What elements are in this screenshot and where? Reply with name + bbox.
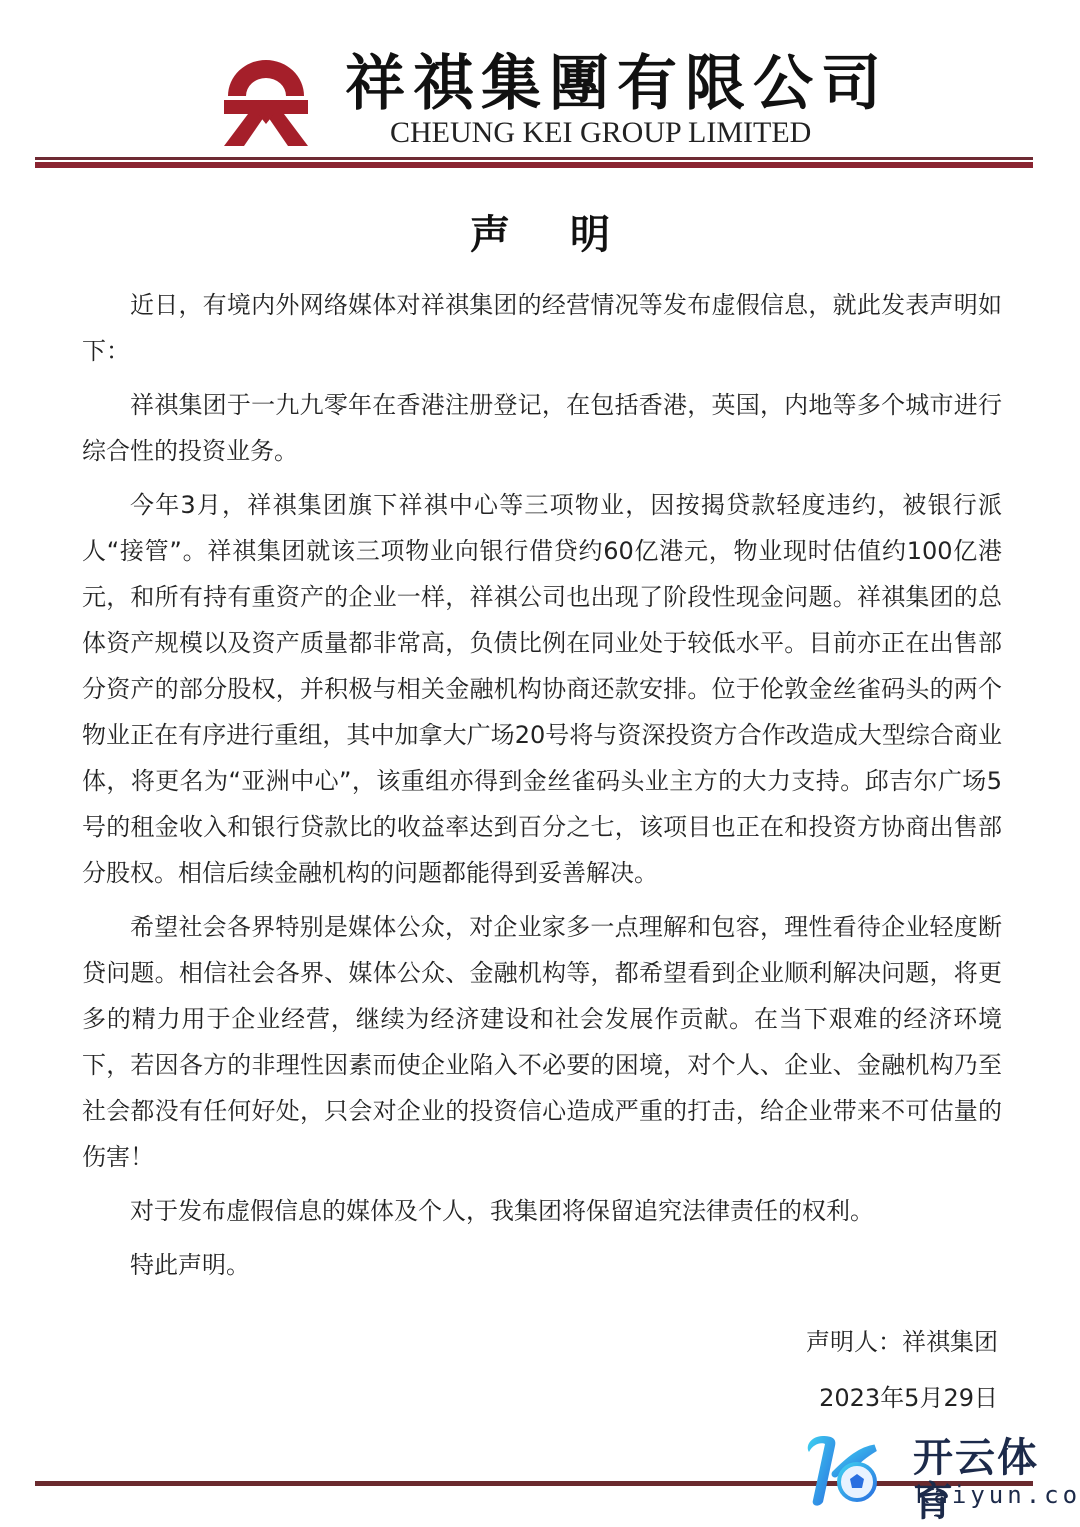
cheung-kei-logo-icon [218, 58, 314, 148]
watermark-name-cn: 开云体育 [913, 1436, 1075, 1524]
watermark-domain: kaiyun.com [915, 1482, 1080, 1508]
document-body: 近日，有境内外网络媒体对祥祺集团的经营情况等发布虚假信息，就此发表声明如下： 祥… [82, 282, 1002, 1296]
paragraph-background: 祥祺集团于一九九零年在香港注册登记，在包括香港，英国，内地等多个城市进行综合性的… [82, 382, 1002, 474]
paragraph-legal: 对于发布虚假信息的媒体及个人，我集团将保留追究法律责任的权利。 [82, 1188, 1002, 1234]
kaiyun-k-football-icon [795, 1430, 885, 1510]
paragraph-intro: 近日，有境内外网络媒体对祥祺集团的经营情况等发布虚假信息，就此发表声明如下： [82, 282, 1002, 374]
company-name-en: CHEUNG KEI GROUP LIMITED [390, 116, 811, 150]
watermark: 开云体育 kaiyun.com [795, 1430, 1075, 1510]
letterhead: 祥祺集團有限公司 CHEUNG KEI GROUP LIMITED [0, 0, 1080, 180]
document-title: 声明 [0, 205, 1080, 265]
header-divider-thin [35, 157, 1033, 160]
header-divider-thick [35, 162, 1033, 168]
company-name-cn: 祥祺集團有限公司 [345, 48, 865, 120]
paragraph-properties: 今年3月，祥祺集团旗下祥祺中心等三项物业，因按揭贷款轻度违约，被银行派人“接管”… [82, 482, 1002, 896]
signer: 声明人：祥祺集团 [806, 1322, 998, 1362]
sign-date: 2023年5月29日 [819, 1378, 998, 1418]
paragraph-appeal: 希望社会各界特别是媒体公众，对企业家多一点理解和包容，理性看待企业轻度断贷问题。… [82, 904, 1002, 1180]
paragraph-closing: 特此声明。 [82, 1242, 1002, 1288]
